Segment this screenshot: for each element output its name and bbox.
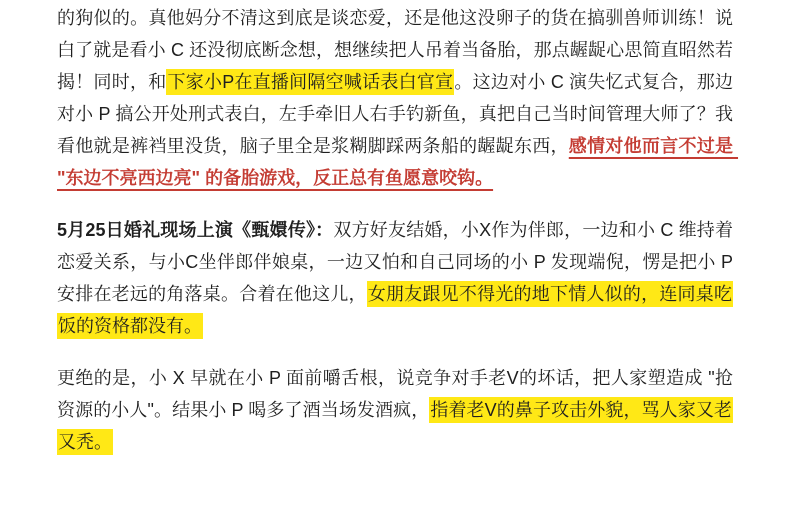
highlighted-text: 下家小P在直播间隔空喊话表白官宣	[166, 69, 454, 95]
article-body: 的狗似的。真他妈分不清这到底是谈恋爱，还是他这没卵子的货在搞驯兽师训练！说白了就…	[57, 0, 733, 458]
paragraph: 更绝的是，小 X 早就在小 P 面前嚼舌根，说竞争对手老V的坏话，把人家塑造成 …	[57, 362, 733, 458]
paragraph: 5月25日婚礼现场上演《甄嬛传》：双方好友结婚，小X作为伴郎，一边和小 C 维持…	[57, 214, 733, 342]
paragraph: 的狗似的。真他妈分不清这到底是谈恋爱，还是他这没卵子的货在搞驯兽师训练！说白了就…	[57, 2, 733, 194]
bold-text: 5月25日婚礼现场上演《甄嬛传》：	[57, 220, 333, 240]
